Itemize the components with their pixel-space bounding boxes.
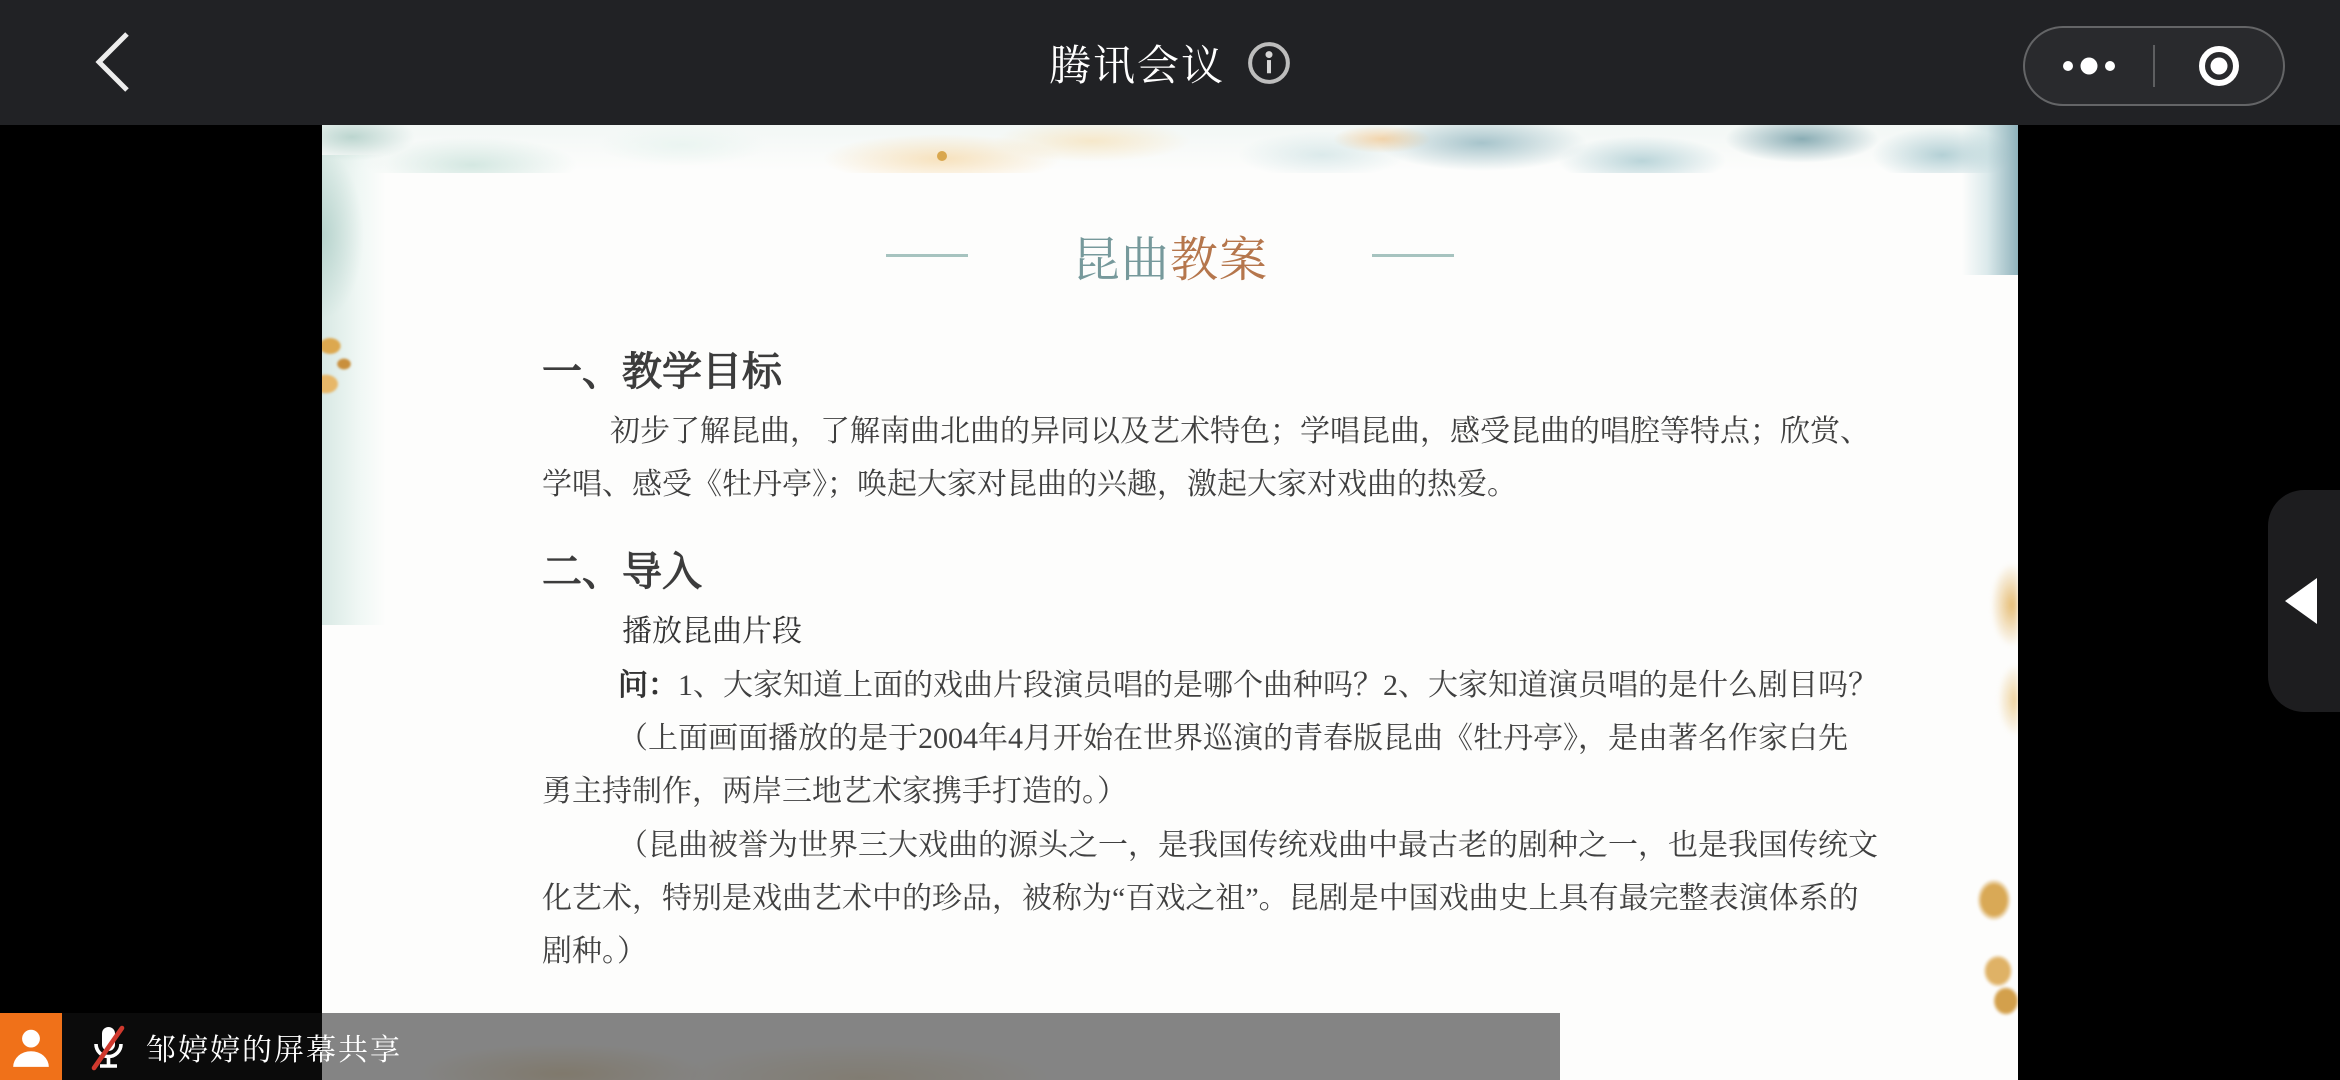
chevron-left-icon: [91, 29, 135, 98]
panel-collapse-tab[interactable]: [2268, 490, 2340, 712]
meeting-title-wrap: 腾讯会议: [1049, 0, 1291, 125]
section-heading-1: 一、教学目标: [542, 348, 782, 396]
body-line: （上面画面播放的是于2004年4月开始在世界巡演的青春版昆曲《牡丹亭》，是由著名…: [618, 719, 1848, 759]
gold-blob-right-2: [1968, 947, 2018, 1023]
title-dash-left: [886, 254, 968, 257]
watercolor-top-band: [322, 125, 2018, 173]
person-icon: [10, 1025, 52, 1069]
gold-blob-right-1: [1972, 873, 2016, 927]
topbar: 腾讯会议: [0, 0, 2340, 125]
body-line: 播放昆曲片段: [622, 612, 802, 652]
document-title-row: 昆曲教案: [322, 221, 2018, 290]
body-line: 初步了解昆曲，了解南曲北曲的异同以及艺术特色；学唱昆曲，感受昆曲的唱腔等特点；欣…: [610, 412, 1870, 452]
sharer-label: 邹婷婷的屏幕共享: [146, 1025, 402, 1069]
gold-splash-right: [1970, 545, 2018, 755]
title-dash-right: [1372, 254, 1454, 257]
screen-share-stage: 昆曲教案 一、教学目标 初步了解昆曲，了解南曲北曲的异同以及艺术特色；学唱昆曲，…: [0, 125, 2340, 1080]
gold-dot: [937, 151, 947, 161]
section-heading-2: 二、导入: [542, 548, 702, 596]
body-line: 问：1、大家知道上面的戏曲片段演员唱的是哪个曲种吗？2、大家知道演员唱的是什么剧…: [618, 666, 1878, 706]
close-miniprogram-button[interactable]: [2155, 28, 2283, 104]
document-title: 昆曲教案: [1072, 221, 1268, 290]
meeting-title: 腾讯会议: [1049, 33, 1225, 93]
body-line: 学唱、感受《牡丹亭》；唤起大家对昆曲的兴趣，激起大家对戏曲的热爱。: [542, 465, 1517, 505]
body-line: （昆曲被誉为世界三大戏曲的源头之一，是我国传统戏曲中最古老的剧种之一，也是我国传…: [618, 826, 1878, 866]
record-circle-icon: [2195, 42, 2243, 90]
body-line: 化艺术，特别是戏曲艺术中的珍品，被称为“百戏之祖”。昆剧是中国戏曲史上具有最完整…: [542, 879, 1859, 919]
shared-document: 昆曲教案 一、教学目标 初步了解昆曲，了解南曲北曲的异同以及艺术特色；学唱昆曲，…: [322, 125, 2018, 1080]
more-options-button[interactable]: [2025, 28, 2153, 104]
miniprogram-capsule: [2023, 26, 2285, 106]
sharer-avatar[interactable]: [0, 1013, 62, 1080]
sharer-status-bar: 邹婷婷的屏幕共享: [0, 1013, 1560, 1080]
body-line: 剧种。）: [542, 932, 647, 972]
three-dots-icon: [2059, 53, 2119, 79]
triangle-left-icon: [2285, 578, 2317, 624]
info-icon[interactable]: [1247, 41, 1291, 85]
microphone-muted-icon: [86, 1022, 130, 1072]
gold-leaf-left: [322, 330, 360, 414]
body-line: 勇主持制作，两岸三地艺术家携手打造的。）: [542, 772, 1127, 812]
back-button[interactable]: [78, 30, 148, 96]
tencent-meeting-screen: 腾讯会议: [0, 0, 2340, 1080]
